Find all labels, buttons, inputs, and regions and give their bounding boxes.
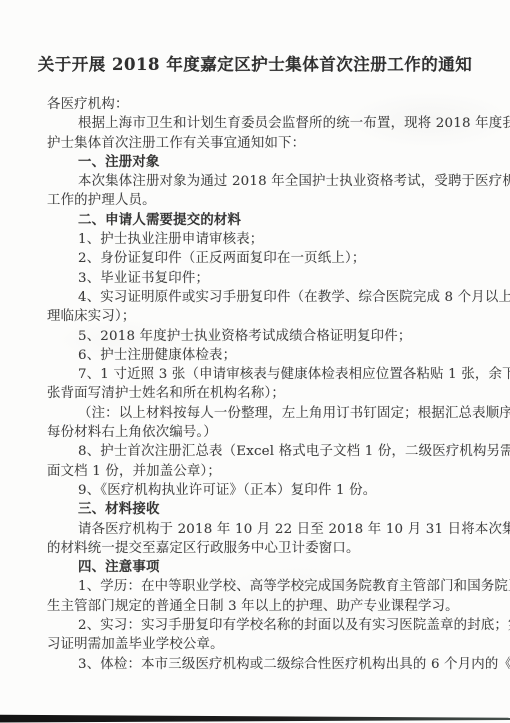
doc-line: 理临床实习）；: [47, 307, 465, 326]
doc-line: 6、护士注册健康体检表；: [47, 346, 465, 365]
doc-line: 根据上海市卫生和计划生育委员会监督所的统一布置，现将 2018 年度我区: [47, 114, 465, 133]
doc-line: 2、实习：实习手册复印有学校名称的封面以及有实习医院盖章的封底；实: [47, 616, 465, 635]
document-page: 关于开展 2018 年度嘉定区护士集体首次注册工作的通知 各医疗机构：根据上海市…: [0, 0, 510, 723]
doc-line: 9、《医疗机构执业许可证》（正本）复印件 1 份。: [47, 481, 465, 500]
doc-line: 张背面写清护士姓名和所在机构名称）；: [47, 384, 465, 403]
doc-line: 面文档 1 份，并加盖公章）；: [47, 462, 465, 481]
doc-line: 1、护士执业注册申请审核表；: [47, 230, 465, 249]
doc-line: （注：以上材料按每人一份整理，左上角用订书钉固定；根据汇总表顺序在: [47, 404, 465, 423]
doc-line: 5、2018 年度护士执业资格考试成绩合格证明复印件；: [47, 327, 465, 346]
doc-line: 护士集体首次注册工作有关事宜通知如下：: [47, 134, 465, 153]
doc-line: 4、实习证明原件或实习手册复印件（在教学、综合医院完成 8 个月以上护: [47, 288, 465, 307]
doc-line: 8、护士首次注册汇总表（Excel 格式电子文档 1 份，二级医疗机构另需书: [47, 442, 465, 461]
doc-line: 7、1 寸近照 3 张（申请审核表与健康体检表相应位置各粘贴 1 张，余下 1: [47, 365, 465, 384]
doc-line: 3、体检：本市三级医疗机构或二级综合性医疗机构出具的 6 个月内的《护: [47, 655, 465, 674]
doc-line: 的材料统一提交至嘉定区行政服务中心卫计委窗口。: [47, 539, 465, 558]
section-heading-line: 四、注意事项: [47, 558, 465, 577]
doc-title: 关于开展 2018 年度嘉定区护士集体首次注册工作的通知: [0, 51, 510, 75]
doc-line: 3、毕业证书复印件；: [47, 269, 465, 288]
doc-line: 生主管部门规定的普通全日制 3 年以上的护理、助产专业课程学习。: [47, 597, 465, 616]
doc-line: 请各医疗机构于 2018 年 10 月 22 日至 2018 年 10 月 31…: [47, 520, 465, 539]
doc-line: 习证明需加盖毕业学校公章。: [47, 635, 465, 654]
doc-line: 各医疗机构：: [47, 95, 465, 114]
section-heading-line: 二、申请人需要提交的材料: [47, 211, 465, 230]
doc-line: 2、身份证复印件（正反两面复印在一页纸上）；: [47, 249, 465, 268]
section-heading-line: 一、注册对象: [47, 153, 465, 172]
section-heading-line: 三、材料接收: [47, 500, 465, 519]
scan-edge-artifact: [0, 713, 510, 723]
doc-body: 各医疗机构：根据上海市卫生和计划生育委员会监督所的统一布置，现将 2018 年度…: [47, 95, 465, 674]
doc-line: 本次集体注册对象为通过 2018 年全国护士执业资格考试，受聘于医疗机构: [47, 172, 465, 191]
doc-line: 工作的护理人员。: [47, 191, 465, 210]
doc-line: 1、学历：在中等职业学校、高等学校完成国务院教育主管部门和国务院卫: [47, 577, 465, 596]
doc-line: 每份材料右上角依次编号。）: [47, 423, 465, 442]
